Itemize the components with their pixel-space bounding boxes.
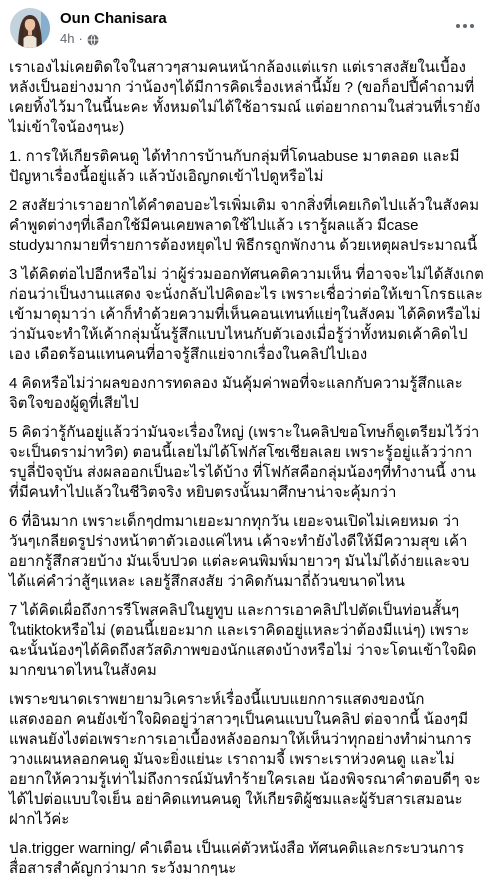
post-paragraph-1: 1. การให้เกียรติคนดู ได้ทำการบ้านกับกลุ่… [9,147,484,187]
post-body: เราเองไม่เคยติดใจในสาวๆสามคนหน้ากล้องแต่… [0,52,493,887]
post-paragraph-2: 2 สงสัยว่าเราอยากได้คำตอบอะไรเพิ่มเติม จ… [9,196,484,256]
ellipsis-dot [456,24,460,28]
post-options-button[interactable] [449,14,481,38]
meta-separator: · [78,30,82,47]
post-paragraph-3: 3 ได้คิดต่อไปอีกหรือไม่ ว่าผู้ร่วมออกทัศ… [9,265,484,365]
post-paragraph-ps: ปล.trigger warning/ คำเตือน เป็นแค่ตัวหน… [9,839,484,879]
post-paragraph-7: 7 ได้คิดเผื่อถึงการรีโพสคลิปในยูทูบ และก… [9,601,484,681]
globe-icon [87,33,99,45]
avatar-image [10,8,50,48]
post-header: Oun Chanisara 4h · [0,0,493,52]
post-paragraph-4: 4 คิดหรือไม่ว่าผลของการทดลอง มันคุ้มค่าพ… [9,374,484,414]
post-paragraph-intro: เราเองไม่เคยติดใจในสาวๆสามคนหน้ากล้องแต่… [9,58,484,138]
post-paragraph-analysis: เพราะขนาดเราพยายามวิเคราะห์เรื่องนี้แบบแ… [9,690,484,830]
author-name[interactable]: Oun Chanisara [60,9,167,29]
header-meta: Oun Chanisara 4h · [60,8,167,47]
post-paragraph-6: 6 ที่อินมาก เพราะเด็กๆdmมาเยอะมากทุกวัน … [9,512,484,592]
facebook-post: Oun Chanisara 4h · เราเองไม่เคยติดใจในสา… [0,0,493,891]
post-meta-row: 4h · [60,30,167,47]
post-timestamp[interactable]: 4h [60,30,74,47]
ellipsis-dot [470,24,474,28]
avatar[interactable] [10,8,50,48]
ellipsis-dot [463,24,467,28]
post-paragraph-5: 5 คิดว่ารู้กันอยู่แล้วว่ามันจะเรื่องใหญ่… [9,423,484,503]
